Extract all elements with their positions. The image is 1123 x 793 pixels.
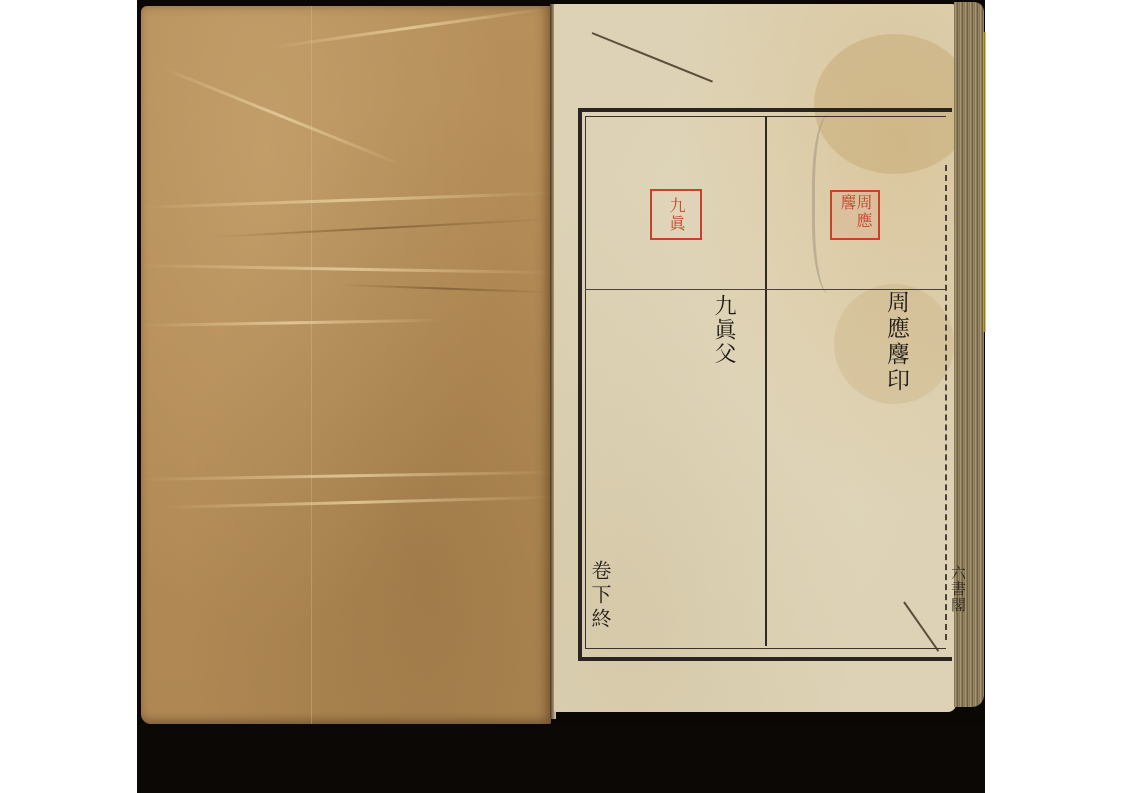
colophon-end-of-volume: 卷下終 [590, 560, 610, 632]
crease [160, 66, 402, 166]
right-column-caption: 周應麐印 [884, 290, 907, 394]
seal-left-glyph: 九眞 [668, 197, 684, 233]
crease [161, 496, 551, 509]
crease [341, 284, 551, 293]
publisher-edge-label: 六書閣 [950, 565, 965, 613]
seal-left: 九眞 [650, 189, 702, 240]
seal-right: 周應麐 [830, 190, 880, 240]
left-column-caption: 九眞父 [712, 294, 734, 366]
seal-right-glyph: 周應麐 [839, 194, 871, 236]
column-divider [765, 116, 767, 646]
printed-frame-right-line [945, 165, 947, 640]
crease [141, 264, 551, 274]
left-endpaper [141, 6, 551, 724]
crease [141, 471, 551, 481]
crease [271, 7, 549, 49]
scan-bottom-shadow [137, 725, 985, 793]
vertical-fold [311, 6, 312, 724]
crease [141, 192, 551, 209]
crease [211, 218, 551, 238]
crease [141, 319, 441, 327]
paper-tear [592, 32, 713, 83]
